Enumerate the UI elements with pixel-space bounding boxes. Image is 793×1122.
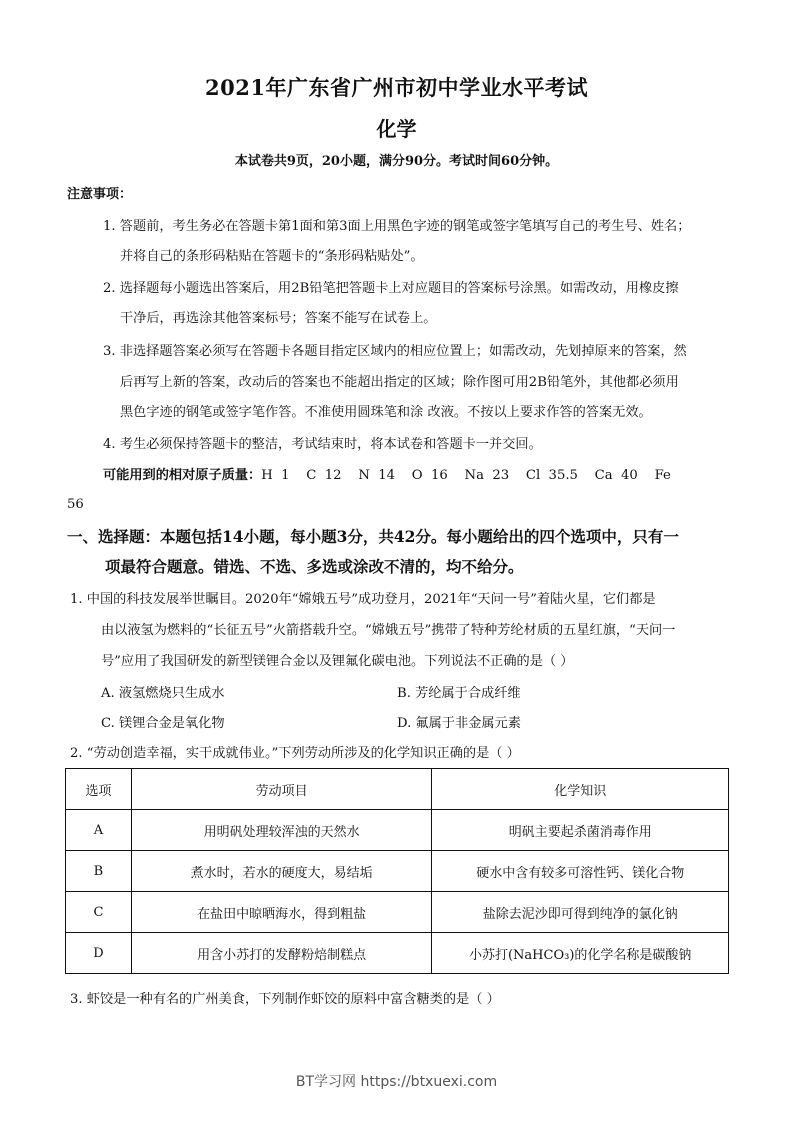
row-knowledge: 硬水中含有较多可溶性钙、镁化合物 bbox=[432, 851, 729, 892]
notice-item-3-line3: 黑色字迹的钢笔或签字笔作答。不准使用圆珠笔和涂 改液。不按以上要求作答的答案无效… bbox=[120, 401, 652, 420]
row-option: A bbox=[66, 810, 132, 851]
row-option: B bbox=[66, 851, 132, 892]
exam-subject: 化学 bbox=[0, 113, 793, 142]
q1-stem-line2: 由以液氢为燃料的“长征五号”火箭搭载升空。“嫦娥五号”携带了特种芳纶材质的五星红… bbox=[101, 619, 675, 638]
q1-stem-line1: 1. 中国的科技发展举世瞩目。2020年“嫦娥五号”成功登月，2021年“天问一… bbox=[70, 588, 656, 607]
watermark-link[interactable]: BT学习网 https://btxuexi.com bbox=[0, 1071, 793, 1091]
table-row[interactable]: B 煮水时，若水的硬度大，易结垢 硬水中含有较多可溶性钙、镁化合物 bbox=[66, 851, 729, 892]
row-knowledge: 盐除去泥沙即可得到纯净的氯化钠 bbox=[432, 892, 729, 933]
q1-option-d[interactable]: D. 氟属于非金属元素 bbox=[397, 712, 521, 731]
header-option: 选项 bbox=[66, 769, 132, 810]
header-knowledge: 化学知识 bbox=[432, 769, 729, 810]
section1-heading-line2: 项最符合题意。错选、不选、多选或涂改不清的，均不给分。 bbox=[105, 555, 524, 577]
row-labor: 用含小苏打的发酵粉焙制糕点 bbox=[131, 933, 432, 974]
atomic-mass-wrap: 56 bbox=[67, 497, 84, 512]
notice-item-3-line2: 后再写上新的答案，改动后的答案也不能超出指定的区域；除作图可用2B铅笔外，其他都… bbox=[120, 371, 679, 390]
notice-item-1-line1: 1. 答题前，考生务必在答题卡第1面和第3面上用黑色字迹的钢笔或签字笔填写自己的… bbox=[103, 215, 690, 234]
notice-heading: 注意事项： bbox=[67, 183, 132, 202]
row-option: C bbox=[66, 892, 132, 933]
row-labor: 用明矾处理较浑浊的天然水 bbox=[131, 810, 432, 851]
table-row[interactable]: A 用明矾处理较浑浊的天然水 明矾主要起杀菌消毒作用 bbox=[66, 810, 729, 851]
atomic-mass-label: 可能用到的相对原子质量： bbox=[103, 468, 261, 483]
row-knowledge: 小苏打(NaHCO₃)的化学名称是碳酸钠 bbox=[432, 933, 729, 974]
q1-stem-line3: 号”应用了我国研发的新型镁锂合金以及锂氟化碳电池。下列说法不正确的是（ ） bbox=[101, 650, 574, 669]
notice-item-4-line1: 4. 考生必须保持答题卡的整洁，考试结束时，将本试卷和答题卡一并交回。 bbox=[103, 433, 542, 452]
notice-item-3-line1: 3. 非选择题答案必须写在答题卡各题目指定区域内的相应位置上；如需改动，先划掉原… bbox=[103, 340, 687, 359]
q3-stem: 3. 虾饺是一种有名的广州美食，下列制作虾饺的原料中富含糖类的是（ ） bbox=[70, 988, 500, 1007]
notice-item-2-line1: 2. 选择题每小题选出答案后，用2B铅笔把答题卡上对应题目的答案标号涂黑。如需改… bbox=[103, 277, 679, 296]
q2-stem: 2. “劳动创造幸福，实干成就伟业。”下列劳动所涉及的化学知识正确的是（ ） bbox=[70, 742, 520, 761]
table-row[interactable]: C 在盐田中晾晒海水，得到粗盐 盐除去泥沙即可得到纯净的氯化钠 bbox=[66, 892, 729, 933]
q1-option-c[interactable]: C. 镁锂合金是氧化物 bbox=[101, 712, 225, 731]
q2-table: 选项 劳动项目 化学知识 A 用明矾处理较浑浊的天然水 明矾主要起杀菌消毒作用 … bbox=[65, 768, 729, 974]
row-labor: 煮水时，若水的硬度大，易结垢 bbox=[131, 851, 432, 892]
notice-item-1-line2: 并将自己的条形码粘贴在答题卡的“条形码粘贴处”。 bbox=[120, 245, 424, 264]
exam-meta: 本试卷共9页，20小题，满分90分。考试时间60分钟。 bbox=[0, 150, 793, 169]
row-option: D bbox=[66, 933, 132, 974]
table-header-row: 选项 劳动项目 化学知识 bbox=[66, 769, 729, 810]
row-labor: 在盐田中晾晒海水，得到粗盐 bbox=[131, 892, 432, 933]
table-row[interactable]: D 用含小苏打的发酵粉焙制糕点 小苏打(NaHCO₃)的化学名称是碳酸钠 bbox=[66, 933, 729, 974]
exam-title: 2021年广东省广州市初中学业水平考试 bbox=[0, 72, 793, 102]
header-labor: 劳动项目 bbox=[131, 769, 432, 810]
q1-option-a[interactable]: A. 液氢燃烧只生成水 bbox=[101, 682, 224, 701]
notice-item-2-line2: 干净后，再选涂其他答案标号；答案不能写在试卷上。 bbox=[120, 307, 437, 326]
section1-heading-line1: 一、选择题：本题包括14小题，每小题3分，共42分。每小题给出的四个选项中，只有… bbox=[67, 525, 679, 547]
atomic-mass-row: 可能用到的相对原子质量：H 1 C 12 N 14 O 16 Na 23 Cl … bbox=[103, 464, 671, 483]
row-knowledge: 明矾主要起杀菌消毒作用 bbox=[432, 810, 729, 851]
atomic-mass-values: H 1 C 12 N 14 O 16 Na 23 Cl 35.5 Ca 40 F… bbox=[261, 468, 671, 483]
q1-option-b[interactable]: B. 芳纶属于合成纤维 bbox=[397, 682, 521, 701]
